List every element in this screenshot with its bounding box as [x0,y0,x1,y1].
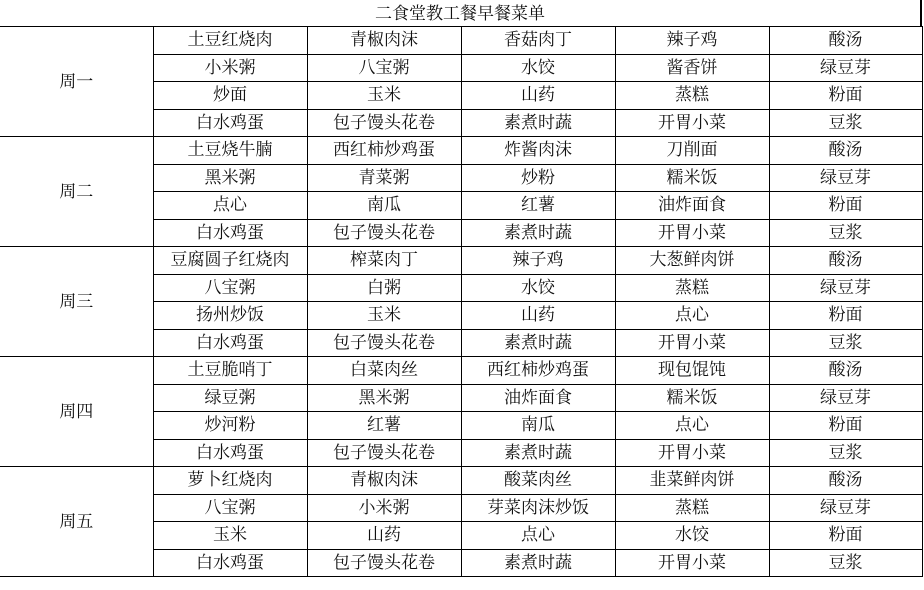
menu-cell: 炸酱肉沫 [461,137,615,165]
menu-cell: 八宝粥 [153,274,307,302]
menu-cell: 白粥 [307,274,461,302]
menu-cell: 点心 [615,412,769,440]
menu-cell: 现包馄饨 [615,357,769,385]
menu-cell: 山药 [307,522,461,550]
menu-cell: 水饺 [461,274,615,302]
menu-cell: 糯米饭 [615,384,769,412]
menu-cell: 青菜粥 [307,164,461,192]
menu-sheet: 二食堂教工餐早餐菜单 周一 土豆红烧肉 青椒肉沫 香菇肉丁 辣子鸡 酸汤 小米粥… [0,0,924,590]
menu-cell: 酸汤 [769,247,922,275]
menu-cell: 青椒肉沫 [307,467,461,495]
menu-cell: 土豆烧牛腩 [153,137,307,165]
table-row: 周一 土豆红烧肉 青椒肉沫 香菇肉丁 辣子鸡 酸汤 [0,27,922,55]
menu-cell: 韭菜鲜肉饼 [615,467,769,495]
day-label-wed: 周三 [0,247,153,357]
menu-cell: 大葱鲜肉饼 [615,247,769,275]
menu-cell: 豆浆 [769,329,922,357]
menu-cell: 刀削面 [615,137,769,165]
menu-cell: 南瓜 [461,412,615,440]
table-row: 周四 土豆脆哨丁 白菜肉丝 西红柿炒鸡蛋 现包馄饨 酸汤 [0,357,922,385]
menu-cell: 包子馒头花卷 [307,549,461,577]
menu-cell: 豆浆 [769,439,922,467]
menu-cell: 粉面 [769,192,922,220]
menu-cell: 素煮时蔬 [461,439,615,467]
menu-cell: 青椒肉沫 [307,27,461,55]
menu-cell: 炒面 [153,82,307,110]
menu-cell: 榨菜肉丁 [307,247,461,275]
menu-cell: 豆腐圆子红烧肉 [153,247,307,275]
menu-cell: 酸汤 [769,467,922,495]
menu-cell: 炒河粉 [153,412,307,440]
menu-cell: 包子馒头花卷 [307,109,461,137]
day-label-thu: 周四 [0,357,153,467]
menu-cell: 红薯 [461,192,615,220]
menu-cell: 豆浆 [769,109,922,137]
day-label-fri: 周五 [0,467,153,577]
menu-cell: 绿豆芽 [769,54,922,82]
menu-cell: 黑米粥 [153,164,307,192]
menu-cell: 绿豆芽 [769,384,922,412]
menu-cell: 土豆红烧肉 [153,27,307,55]
menu-cell: 山药 [461,82,615,110]
menu-cell: 小米粥 [153,54,307,82]
menu-cell: 蒸糕 [615,82,769,110]
menu-cell: 香菇肉丁 [461,27,615,55]
menu-cell: 开胃小菜 [615,219,769,247]
menu-cell: 西红柿炒鸡蛋 [307,137,461,165]
menu-cell: 油炸面食 [461,384,615,412]
menu-cell: 粉面 [769,412,922,440]
menu-cell: 白水鸡蛋 [153,329,307,357]
menu-cell: 素煮时蔬 [461,329,615,357]
menu-cell: 酸汤 [769,27,922,55]
menu-cell: 绿豆粥 [153,384,307,412]
menu-cell: 白水鸡蛋 [153,109,307,137]
menu-cell: 油炸面食 [615,192,769,220]
table-row: 周三 豆腐圆子红烧肉 榨菜肉丁 辣子鸡 大葱鲜肉饼 酸汤 [0,247,922,275]
menu-cell: 南瓜 [307,192,461,220]
menu-cell: 点心 [615,302,769,330]
menu-cell: 包子馒头花卷 [307,219,461,247]
menu-cell: 红薯 [307,412,461,440]
menu-title: 二食堂教工餐早餐菜单 [0,0,922,27]
menu-cell: 玉米 [307,302,461,330]
menu-cell: 蒸糕 [615,274,769,302]
menu-cell: 水饺 [615,522,769,550]
menu-cell: 白水鸡蛋 [153,439,307,467]
menu-cell: 酸汤 [769,137,922,165]
menu-cell: 山药 [461,302,615,330]
menu-cell: 豆浆 [769,549,922,577]
menu-cell: 粉面 [769,82,922,110]
menu-cell: 白水鸡蛋 [153,549,307,577]
menu-cell: 扬州炒饭 [153,302,307,330]
menu-cell: 绿豆芽 [769,494,922,522]
menu-cell: 炒粉 [461,164,615,192]
menu-cell: 芽菜肉沫炒饭 [461,494,615,522]
menu-cell: 黑米粥 [307,384,461,412]
menu-cell: 绿豆芽 [769,164,922,192]
menu-cell: 酸菜肉丝 [461,467,615,495]
menu-cell: 素煮时蔬 [461,219,615,247]
menu-cell: 土豆脆哨丁 [153,357,307,385]
day-label-tue: 周二 [0,137,153,247]
menu-cell: 玉米 [307,82,461,110]
menu-cell: 素煮时蔬 [461,109,615,137]
menu-cell: 八宝粥 [153,494,307,522]
menu-cell: 酸汤 [769,357,922,385]
menu-cell: 白水鸡蛋 [153,219,307,247]
menu-cell: 点心 [461,522,615,550]
menu-cell: 水饺 [461,54,615,82]
table-row: 周二 土豆烧牛腩 西红柿炒鸡蛋 炸酱肉沫 刀削面 酸汤 [0,137,922,165]
menu-cell: 酱香饼 [615,54,769,82]
day-label-mon: 周一 [0,27,153,137]
menu-cell: 八宝粥 [307,54,461,82]
menu-cell: 绿豆芽 [769,274,922,302]
menu-cell: 糯米饭 [615,164,769,192]
menu-cell: 点心 [153,192,307,220]
menu-cell: 包子馒头花卷 [307,329,461,357]
menu-cell: 豆浆 [769,219,922,247]
menu-cell: 开胃小菜 [615,439,769,467]
breakfast-menu-table: 周一 土豆红烧肉 青椒肉沫 香菇肉丁 辣子鸡 酸汤 小米粥 八宝粥 水饺 酱香饼… [0,26,923,577]
table-row: 周五 萝卜红烧肉 青椒肉沫 酸菜肉丝 韭菜鲜肉饼 酸汤 [0,467,922,495]
menu-cell: 素煮时蔬 [461,549,615,577]
menu-cell: 小米粥 [307,494,461,522]
menu-cell: 包子馒头花卷 [307,439,461,467]
menu-cell: 粉面 [769,302,922,330]
menu-cell: 开胃小菜 [615,109,769,137]
menu-cell: 辣子鸡 [461,247,615,275]
menu-cell: 西红柿炒鸡蛋 [461,357,615,385]
menu-cell: 蒸糕 [615,494,769,522]
menu-cell: 开胃小菜 [615,549,769,577]
menu-cell: 辣子鸡 [615,27,769,55]
menu-cell: 白菜肉丝 [307,357,461,385]
menu-cell: 萝卜红烧肉 [153,467,307,495]
menu-cell: 玉米 [153,522,307,550]
menu-cell: 粉面 [769,522,922,550]
menu-cell: 开胃小菜 [615,329,769,357]
